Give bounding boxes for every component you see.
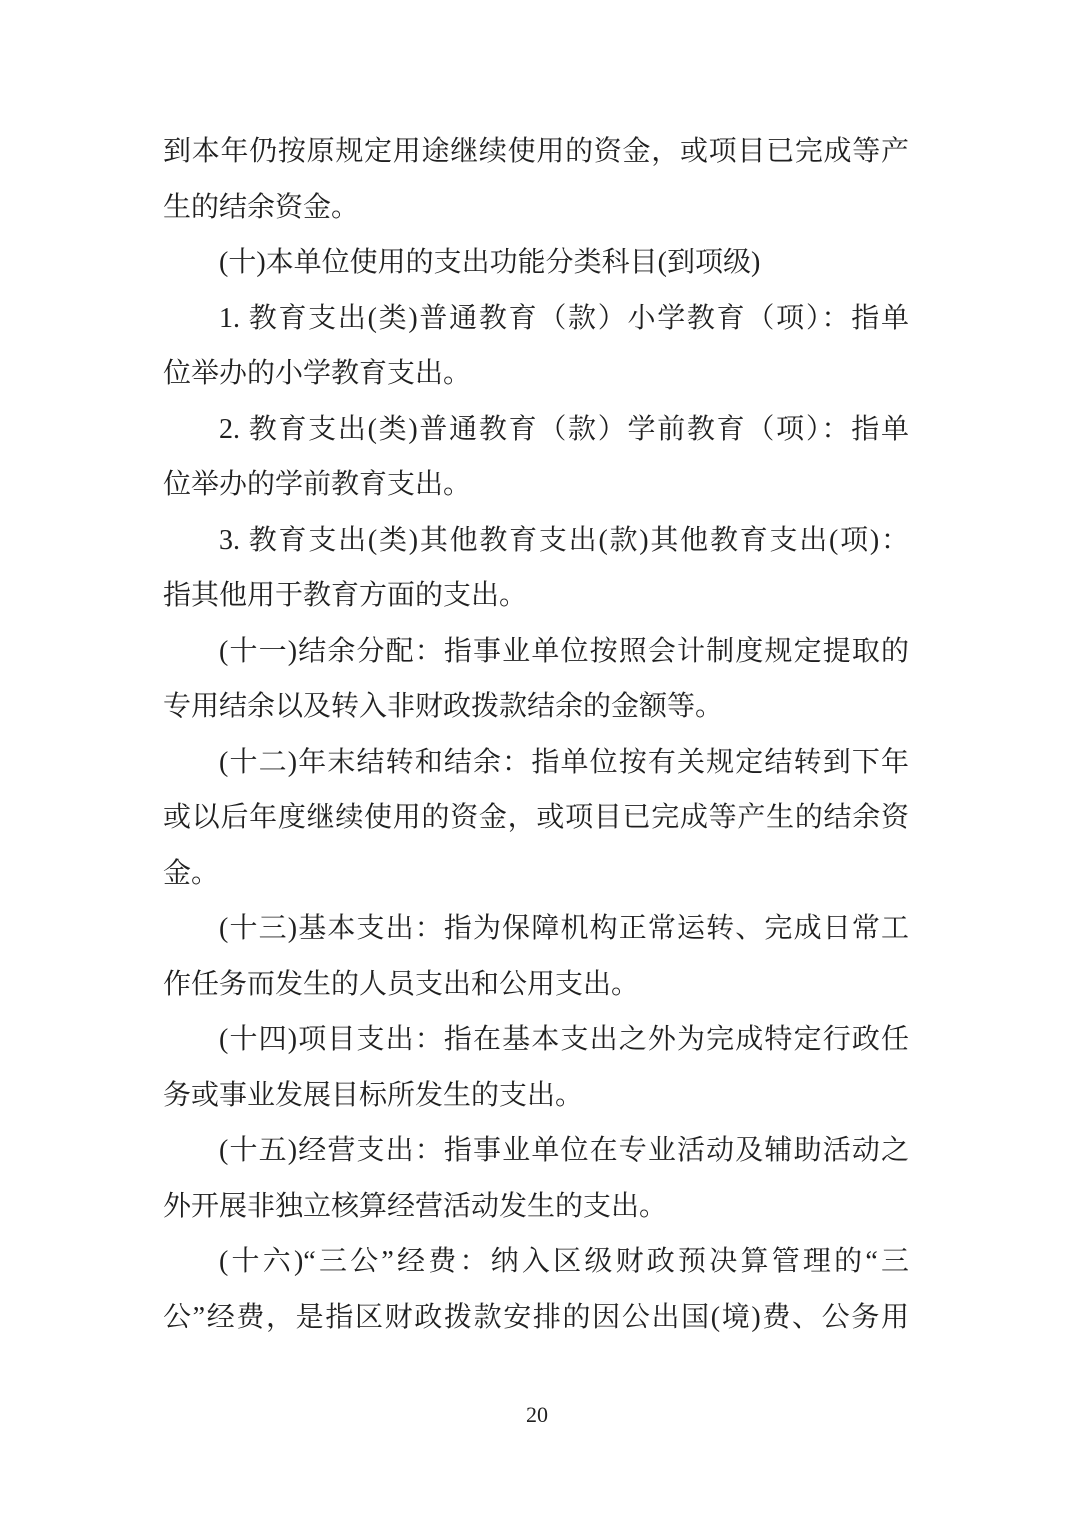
text-line: 位举办的学前教育支出。 (163, 457, 909, 513)
text-line: 到本年仍按原规定用途继续使用的资金，或项目已完成等产 (163, 124, 909, 180)
text-line: (十)本单位使用的支出功能分类科目(到项级) (163, 235, 909, 291)
text-line: 或以后年度继续使用的资金，或项目已完成等产生的结余资 (163, 790, 909, 846)
text-line: 作任务而发生的人员支出和公用支出。 (163, 957, 909, 1013)
document-body: 到本年仍按原规定用途继续使用的资金，或项目已完成等产生的结余资金。(十)本单位使… (163, 124, 909, 1345)
text-line: (十二)年末结转和结余：指单位按有关规定结转到下年 (163, 735, 909, 791)
text-line: 公”经费，是指区财政拨款安排的因公出国(境)费、公务用 (163, 1290, 909, 1346)
text-line: 生的结余资金。 (163, 180, 909, 236)
text-line: 2. 教育支出(类)普通教育（款）学前教育（项）：指单 (163, 402, 909, 458)
text-line: (十六)“三公”经费：纳入区级财政预决算管理的“三 (163, 1234, 909, 1290)
text-line: 3. 教育支出(类)其他教育支出(款)其他教育支出(项)： (163, 513, 909, 569)
document-page: 到本年仍按原规定用途继续使用的资金，或项目已完成等产生的结余资金。(十)本单位使… (0, 0, 1074, 1520)
text-line: (十一)结余分配：指事业单位按照会计制度规定提取的 (163, 624, 909, 680)
text-line: 专用结余以及转入非财政拨款结余的金额等。 (163, 679, 909, 735)
text-line: 金。 (163, 846, 909, 902)
text-line: 务或事业发展目标所发生的支出。 (163, 1068, 909, 1124)
text-line: (十三)基本支出：指为保障机构正常运转、完成日常工 (163, 901, 909, 957)
text-line: (十四)项目支出：指在基本支出之外为完成特定行政任 (163, 1012, 909, 1068)
text-line: 指其他用于教育方面的支出。 (163, 568, 909, 624)
text-line: 外开展非独立核算经营活动发生的支出。 (163, 1179, 909, 1235)
text-line: (十五)经营支出：指事业单位在专业活动及辅助活动之 (163, 1123, 909, 1179)
page-number: 20 (0, 1400, 1074, 1430)
text-line: 位举办的小学教育支出。 (163, 346, 909, 402)
text-line: 1. 教育支出(类)普通教育（款）小学教育（项）：指单 (163, 291, 909, 347)
